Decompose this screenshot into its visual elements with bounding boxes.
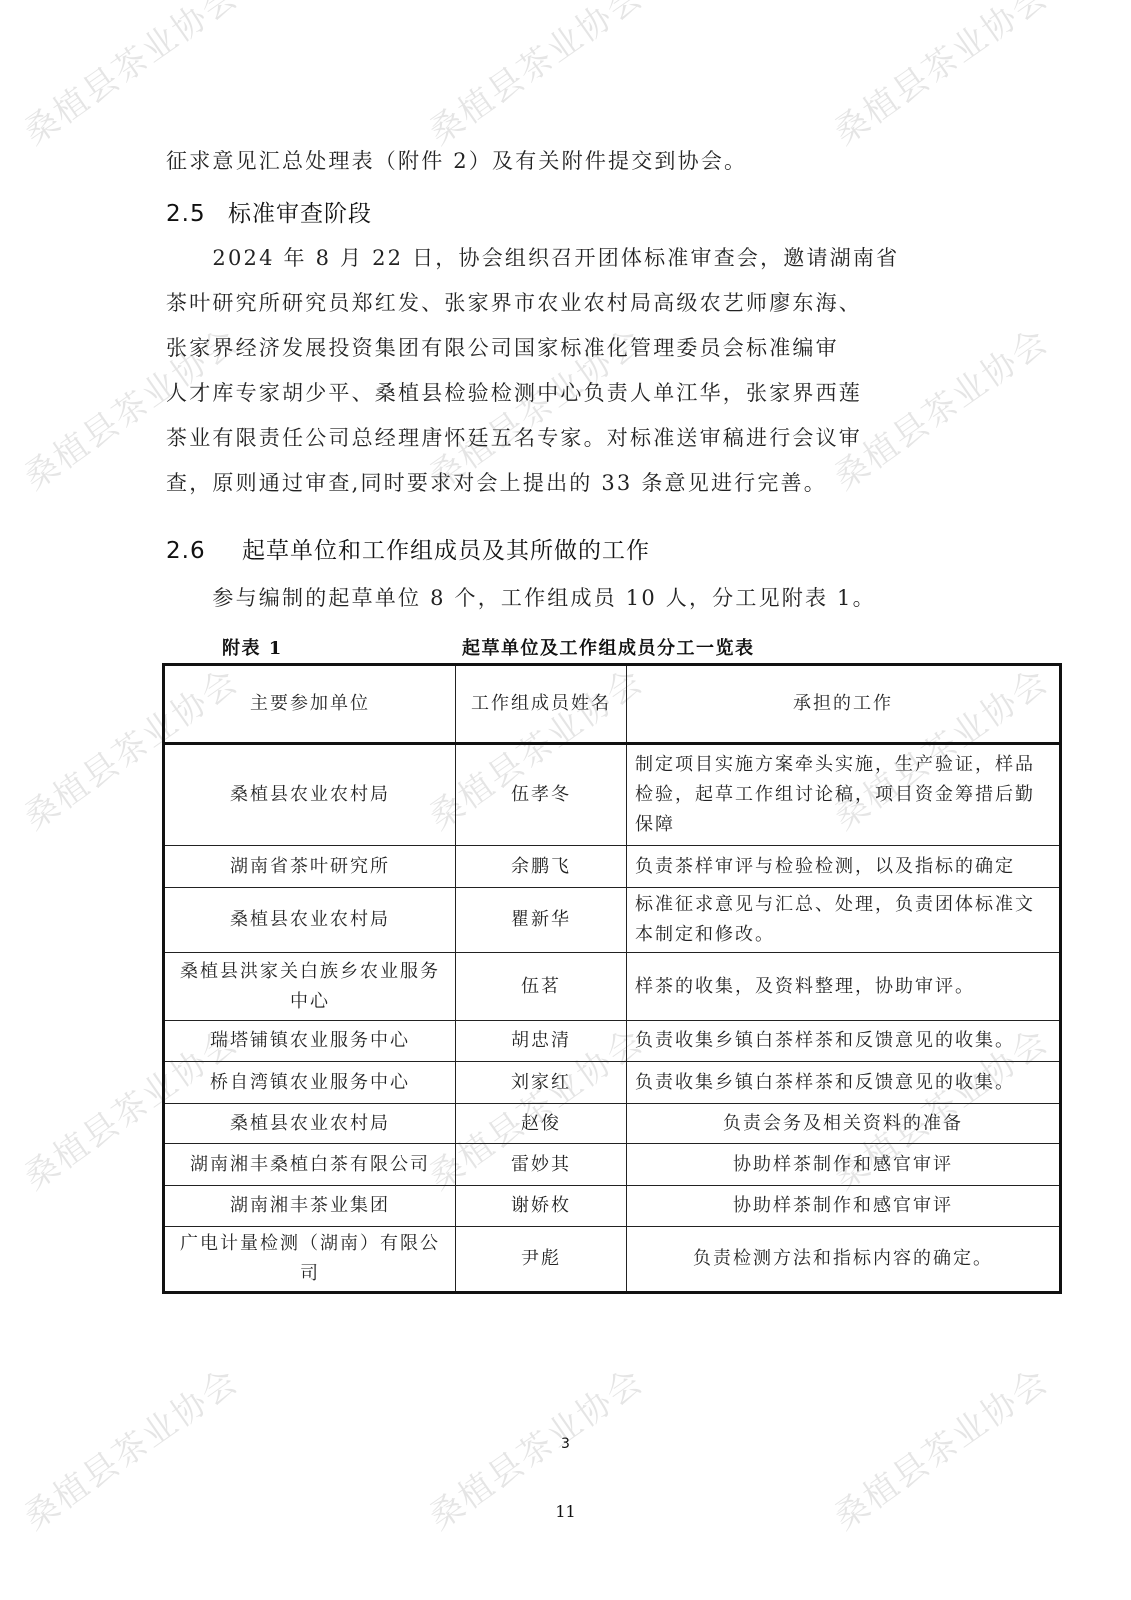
cell-member: 余鹏飞 (456, 846, 627, 888)
cell-unit: 湖南湘丰桑植白茶有限公司 (164, 1144, 456, 1186)
cell-work: 负责收集乡镇白茶样茶和反馈意见的收集。 (627, 1062, 1061, 1104)
cell-work: 负责收集乡镇白茶样茶和反馈意见的收集。 (627, 1021, 1061, 1062)
cell-member: 伍茗 (456, 953, 627, 1021)
table-row: 瑞塔铺镇农业服务中心胡忠清负责收集乡镇白茶样茶和反馈意见的收集。 (164, 1021, 1061, 1062)
cell-unit: 桑植县农业农村局 (164, 888, 456, 953)
cell-unit: 湖南省茶叶研究所 (164, 846, 456, 888)
cell-unit: 广电计量检测（湖南）有限公司 (164, 1227, 456, 1293)
cell-member: 伍孝冬 (456, 744, 627, 846)
cell-member: 赵俊 (456, 1104, 627, 1144)
cell-member: 尹彪 (456, 1227, 627, 1293)
section-number: 2.6 (166, 538, 242, 564)
watermark: 桑植县茶业协会 (417, 0, 652, 154)
table-title: 起草单位及工作组成员分工一览表 (462, 634, 755, 660)
paragraph-line: 茶业有限责任公司总经理唐怀廷五名专家。对标准送审稿进行会议审 (166, 420, 956, 465)
cell-work: 标准征求意见与汇总、处理，负责团体标准文本制定和修改。 (627, 888, 1061, 953)
intro-line: 征求意见汇总处理表（附件 2）及有关附件提交到协会。 (166, 143, 956, 179)
cell-work: 样茶的收集，及资料整理，协助审评。 (627, 953, 1061, 1021)
cell-work: 协助样茶制作和感官审评 (627, 1144, 1061, 1186)
column-header-work: 承担的工作 (627, 665, 1061, 744)
table-row: 湖南湘丰茶业集团谢娇枚协助样茶制作和感官审评 (164, 1186, 1061, 1227)
paragraph-line: 人才库专家胡少平、桑植县检验检测中心负责人单江华，张家界西莲 (166, 375, 956, 420)
table-row: 广电计量检测（湖南）有限公司尹彪负责检测方法和指标内容的确定。 (164, 1227, 1061, 1293)
cell-unit: 湖南湘丰茶业集团 (164, 1186, 456, 1227)
cell-unit: 瑞塔铺镇农业服务中心 (164, 1021, 456, 1062)
table-row: 桥自湾镇农业服务中心刘家红负责收集乡镇白茶样茶和反馈意见的收集。 (164, 1062, 1061, 1104)
cell-work: 负责会务及相关资料的准备 (627, 1104, 1061, 1144)
cell-member: 雷妙其 (456, 1144, 627, 1186)
table-row: 湖南省茶叶研究所余鹏飞负责茶样审评与检验检测，以及指标的确定 (164, 846, 1061, 888)
page-number-inner: 3 (0, 1436, 1131, 1452)
cell-work: 协助样茶制作和感官审评 (627, 1186, 1061, 1227)
cell-member: 胡忠清 (456, 1021, 627, 1062)
table-row: 桑植县农业农村局瞿新华标准征求意见与汇总、处理，负责团体标准文本制定和修改。 (164, 888, 1061, 953)
paragraph-line: 查，原则通过审查,同时要求对会上提出的 33 条意见进行完善。 (166, 465, 956, 510)
paragraph-line: 茶叶研究所研究员郑红发、张家界市农业农村局高级农艺师廖东海、 (166, 285, 956, 330)
division-of-work-table: 主要参加单位 工作组成员姓名 承担的工作 桑植县农业农村局伍孝冬制定项目实施方案… (162, 663, 1062, 1294)
cell-unit: 桑植县农业农村局 (164, 1104, 456, 1144)
document-page: 桑植县茶业协会 桑植县茶业协会 桑植县茶业协会 桑植县茶业协会 桑植县茶业协会 … (0, 0, 1131, 1600)
section-title: 标准审查阶段 (228, 201, 372, 227)
cell-work: 负责茶样审评与检验检测，以及指标的确定 (627, 846, 1061, 888)
table-row: 桑植县农业农村局伍孝冬制定项目实施方案牵头实施，生产验证，样品检验，起草工作组讨… (164, 744, 1061, 846)
cell-work: 制定项目实施方案牵头实施，生产验证，样品检验，起草工作组讨论稿，项目资金筹措后勤… (627, 744, 1061, 846)
table-label: 附表 1 (222, 634, 283, 660)
cell-unit: 桑植县洪家关白族乡农业服务中心 (164, 953, 456, 1021)
section-number: 2.5 (166, 201, 228, 227)
column-header-unit: 主要参加单位 (164, 665, 456, 744)
cell-unit: 桑植县农业农村局 (164, 744, 456, 846)
watermark: 桑植县茶业协会 (822, 0, 1057, 154)
watermark: 桑植县茶业协会 (12, 0, 247, 154)
cell-member: 刘家红 (456, 1062, 627, 1104)
table-header-row: 主要参加单位 工作组成员姓名 承担的工作 (164, 665, 1061, 744)
section-2-6-paragraph: 参与编制的起草单位 8 个，工作组成员 10 人，分工见附表 1。 (166, 580, 956, 616)
paragraph-line: 2024 年 8 月 22 日，协会组织召开团体标准审查会，邀请湖南省 (166, 240, 956, 285)
column-header-member: 工作组成员姓名 (456, 665, 627, 744)
table-row: 湖南湘丰桑植白茶有限公司雷妙其协助样茶制作和感官审评 (164, 1144, 1061, 1186)
section-title: 起草单位和工作组成员及其所做的工作 (242, 538, 650, 564)
cell-work: 负责检测方法和指标内容的确定。 (627, 1227, 1061, 1293)
section-heading-2-6: 2.6起草单位和工作组成员及其所做的工作 (166, 532, 650, 565)
cell-member: 谢娇枚 (456, 1186, 627, 1227)
cell-member: 瞿新华 (456, 888, 627, 953)
paragraph-line: 张家界经济发展投资集团有限公司国家标准化管理委员会标准编审 (166, 330, 956, 375)
table-row: 桑植县洪家关白族乡农业服务中心伍茗样茶的收集，及资料整理，协助审评。 (164, 953, 1061, 1021)
page-number-outer: 11 (0, 1502, 1131, 1521)
table-row: 桑植县农业农村局赵俊负责会务及相关资料的准备 (164, 1104, 1061, 1144)
section-heading-2-5: 2.5标准审查阶段 (166, 195, 372, 228)
cell-unit: 桥自湾镇农业服务中心 (164, 1062, 456, 1104)
section-2-5-paragraph: 2024 年 8 月 22 日，协会组织召开团体标准审查会，邀请湖南省 茶叶研究… (166, 240, 956, 510)
